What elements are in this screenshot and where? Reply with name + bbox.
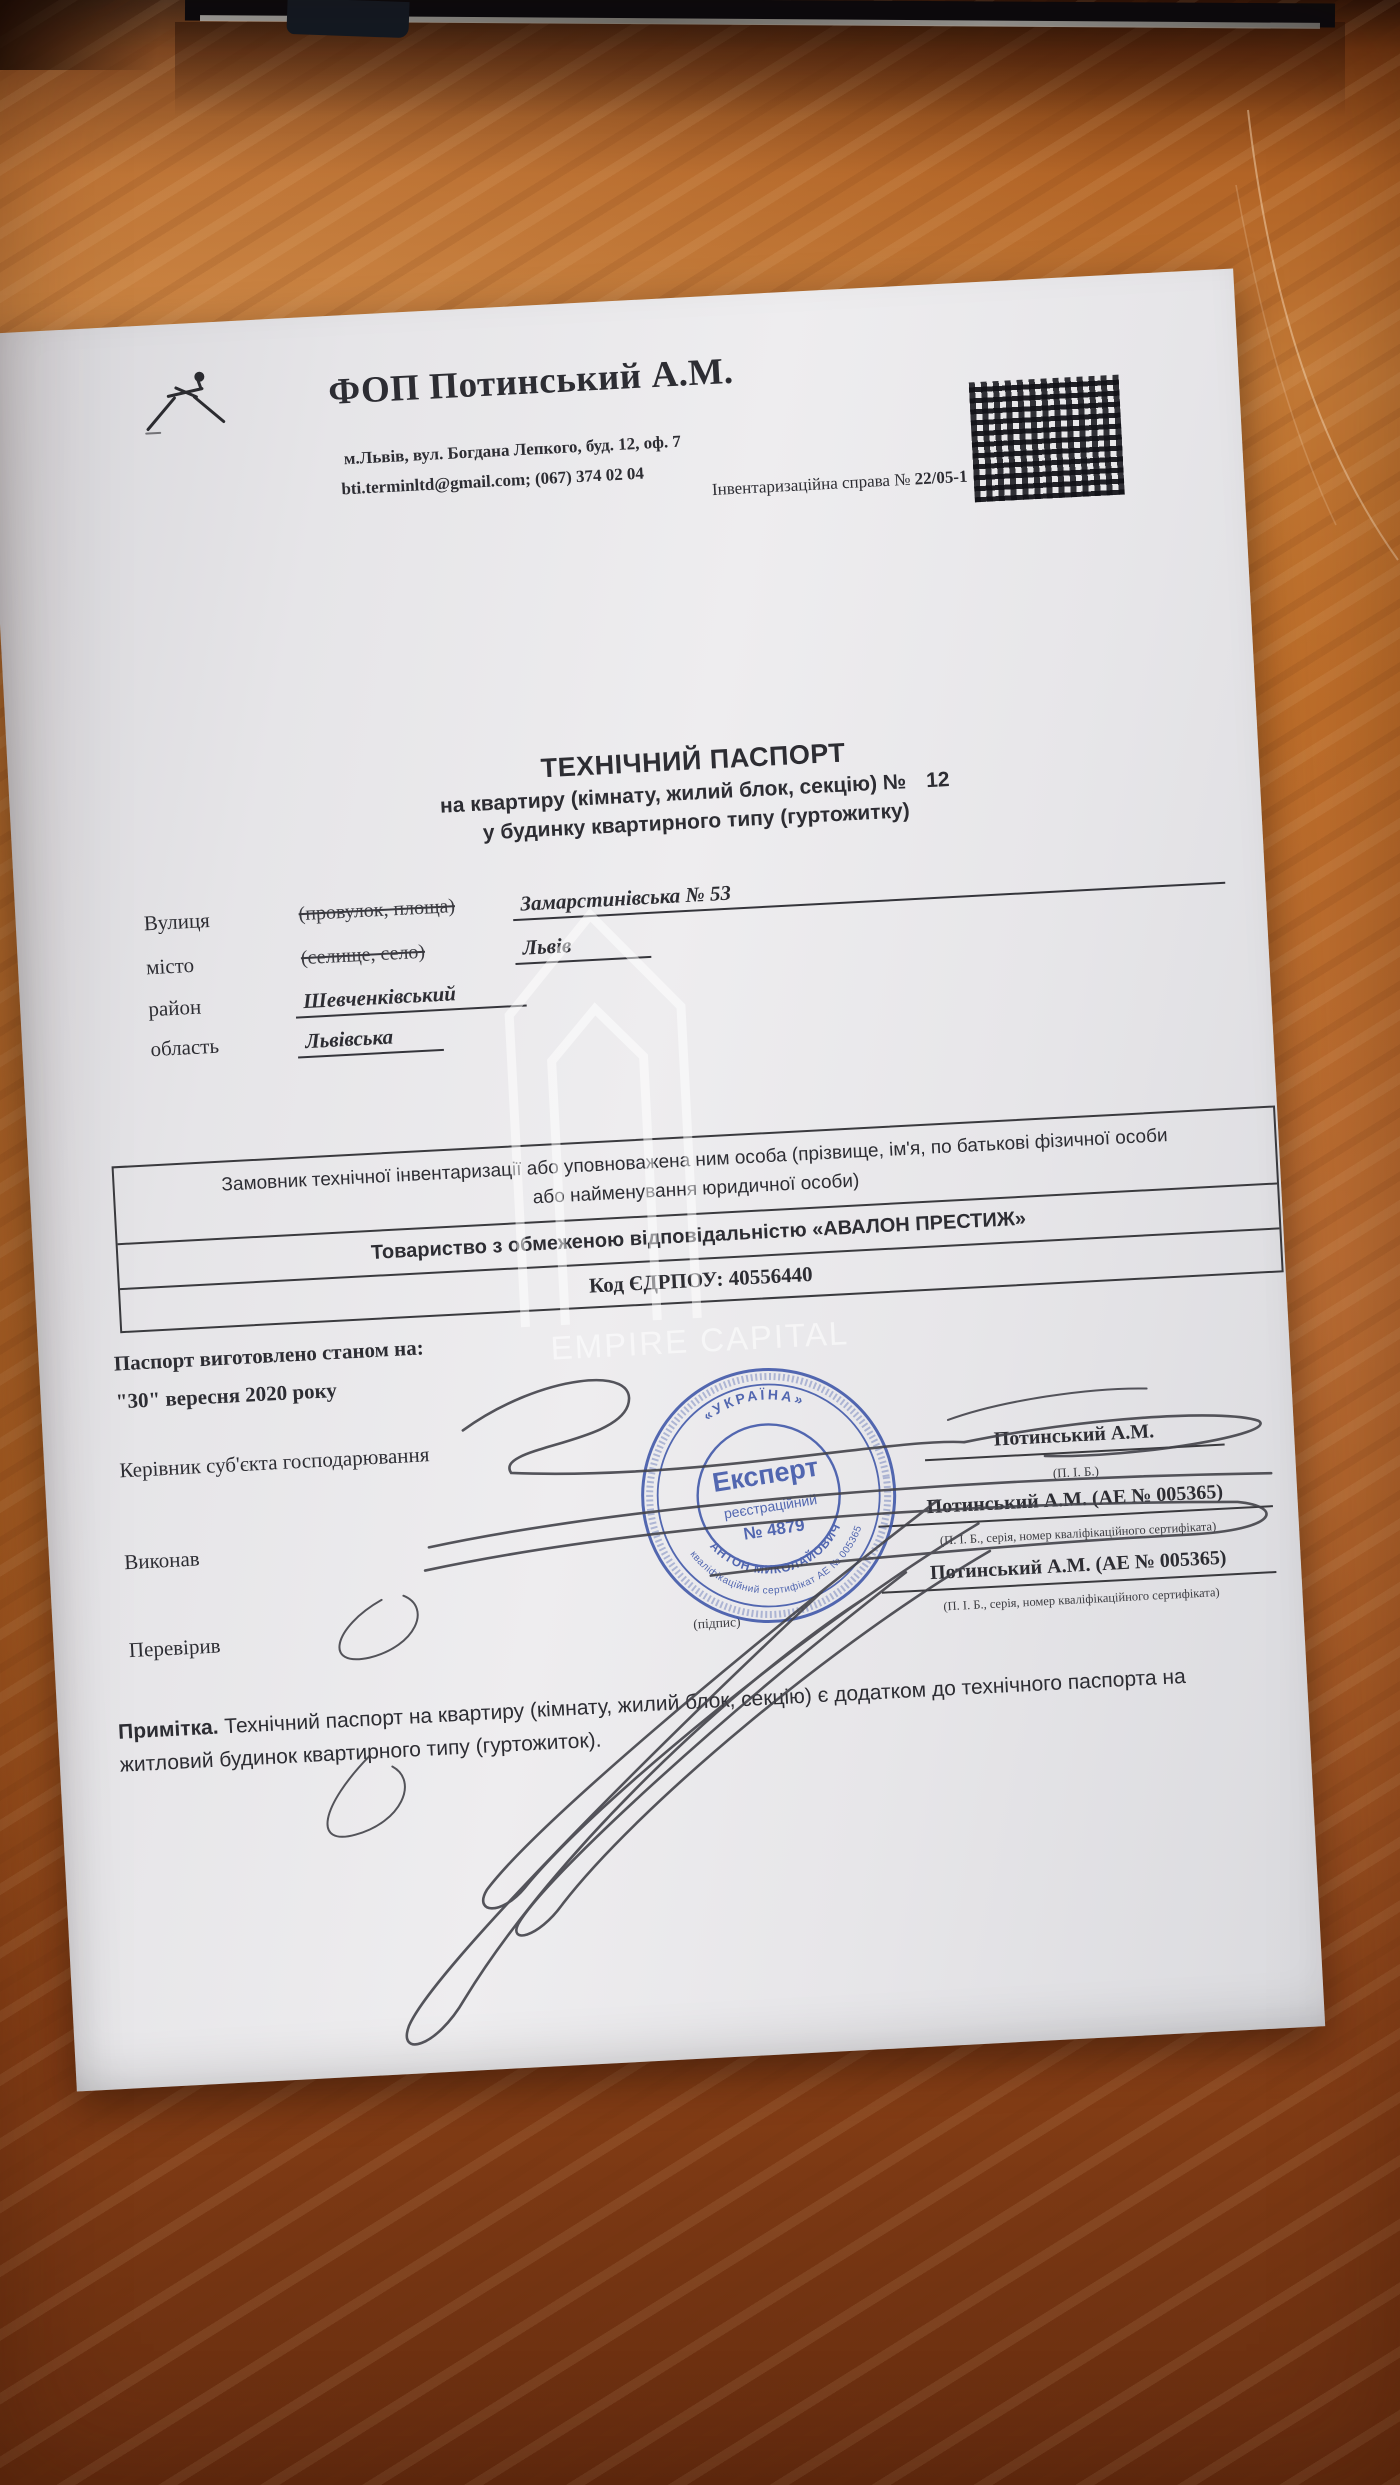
technical-passport-document: ФОП Потинський А.М. м.Львів, вул. Богдан… bbox=[0, 268, 1325, 2091]
black-object-shadow bbox=[175, 22, 1345, 117]
desk-corner-shadow bbox=[0, 0, 210, 70]
black-object-flap bbox=[286, 0, 409, 38]
photo-scene: ФОП Потинський А.М. м.Львів, вул. Богдан… bbox=[0, 0, 1400, 2485]
handwritten-signatures bbox=[0, 268, 1325, 2091]
